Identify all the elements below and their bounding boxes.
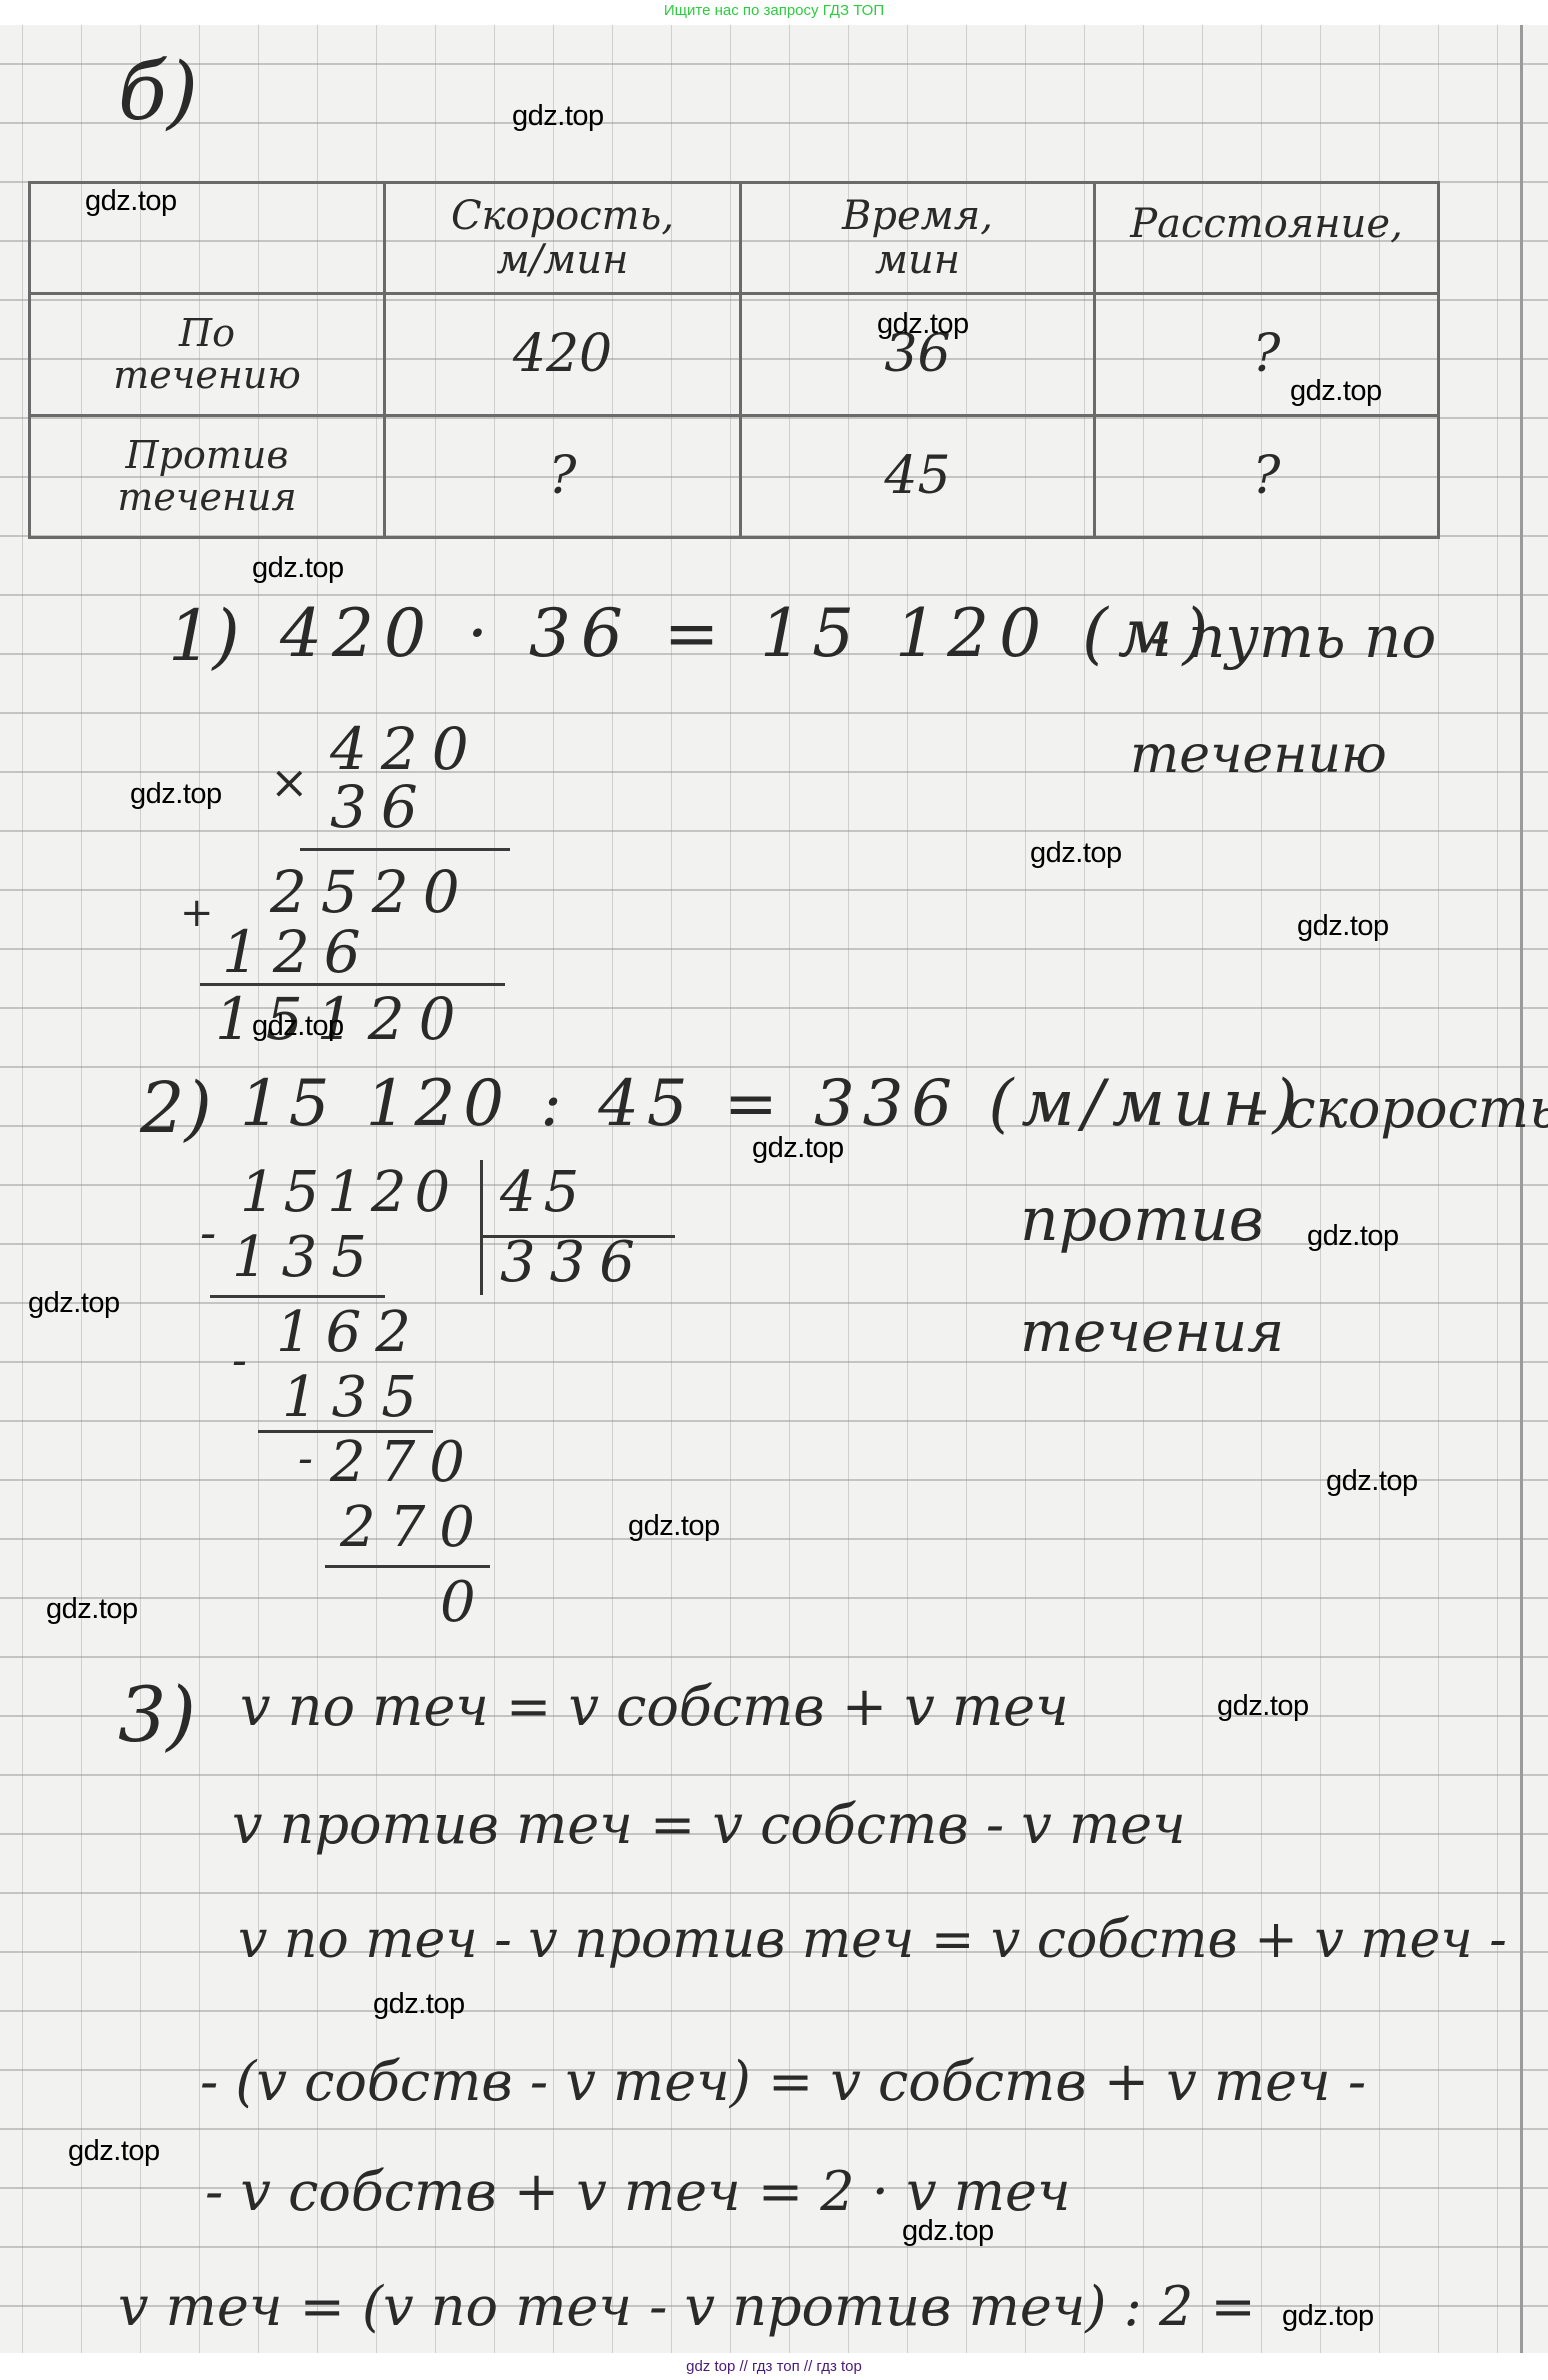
div-bracket-vertical xyxy=(480,1160,483,1295)
watermark: gdz.top xyxy=(1217,1690,1309,1723)
watermark: gdz.top xyxy=(1282,2300,1374,2333)
cell-downstream-speed: 420 xyxy=(386,295,739,414)
watermark: gdz.top xyxy=(130,778,222,811)
step3-formula-2: v против теч = v собств - v теч xyxy=(232,1793,1186,1856)
step2-expression: 15 120 : 45 = 336 (м/мин) xyxy=(240,1067,1305,1141)
row-label-downstream: По течению xyxy=(31,295,383,414)
step3-formula-4: - (v собств - v теч) = v собств + v теч … xyxy=(200,2050,1366,2113)
watermark: gdz.top xyxy=(902,2215,994,2248)
div-quotient: 336 xyxy=(500,1230,649,1295)
row-label-line1: Против xyxy=(126,435,289,477)
step1-expression: 420 · 36 = 15 120 (м) xyxy=(280,595,1218,672)
header-speed-line1: Скорость, xyxy=(451,194,674,238)
part-label: б) xyxy=(118,45,198,138)
div-rem-2: 270 xyxy=(330,1430,479,1495)
header-distance-line1: Расстояние, xyxy=(1130,202,1403,246)
step2-number: 2) xyxy=(140,1067,212,1149)
watermark: gdz.top xyxy=(1326,1465,1418,1498)
task-table: Скорость, м/мин Время, мин Расстояние, П… xyxy=(28,181,1440,539)
header-distance: Расстояние, xyxy=(1096,184,1437,264)
step3-formula-1: v по теч = v собств + v теч xyxy=(240,1675,1069,1738)
watermark: gdz.top xyxy=(1307,1220,1399,1253)
cell-upstream-distance: ? xyxy=(1096,417,1437,536)
div-sub-3: 270 xyxy=(340,1495,489,1560)
header-time-line2: мин xyxy=(875,238,960,282)
bottom-banner: gdz top // гдз топ // гдз top xyxy=(0,2353,1548,2380)
watermark: gdz.top xyxy=(373,1988,465,2021)
mult-partial-2: 126 xyxy=(222,918,375,986)
step3-formula-3: v по теч - v против теч = v собств + v т… xyxy=(238,1910,1507,1970)
step2-comment-line2: против xyxy=(1020,1185,1264,1255)
watermark: gdz.top xyxy=(628,1510,720,1543)
mult-partial-1: 2520 xyxy=(270,858,474,926)
watermark: gdz.top xyxy=(877,308,969,341)
mult-rule-1 xyxy=(300,848,510,851)
mult-plus: + xyxy=(180,890,214,936)
step1-number: 1) xyxy=(168,595,240,677)
watermark: gdz.top xyxy=(68,2135,160,2168)
row-label-line1: По xyxy=(179,313,235,355)
div-minus-3: - xyxy=(298,1433,313,1484)
step3-formula-5: - v собств + v теч = 2 · v теч xyxy=(205,2160,1071,2223)
mult-multiplier: 36 xyxy=(330,773,432,841)
top-banner: Ищите нас по запросу ГДЗ ТОП xyxy=(0,0,1548,25)
header-time: Время, мин xyxy=(742,184,1093,292)
step3-formula-6: v теч = (v по теч - v против теч) : 2 = xyxy=(118,2275,1256,2338)
div-divisor: 45 xyxy=(500,1160,587,1225)
step3-number: 3) xyxy=(118,1670,196,1759)
header-speed-line2: м/мин xyxy=(497,238,629,282)
watermark: gdz.top xyxy=(752,1132,844,1165)
row-label-line2: течению xyxy=(113,355,301,397)
step1-comment-line2: течению xyxy=(1130,725,1387,785)
watermark: gdz.top xyxy=(252,552,344,585)
div-sub-1: 135 xyxy=(232,1225,381,1290)
div-final-remainder: 0 xyxy=(440,1570,490,1635)
watermark: gdz.top xyxy=(512,100,604,133)
div-minus-1: - xyxy=(200,1205,216,1261)
step2-comment-line1: - скорость xyxy=(1250,1077,1548,1140)
header-time-line1: Время, xyxy=(842,194,993,238)
watermark: gdz.top xyxy=(252,1010,344,1043)
div-minus-2: - xyxy=(232,1335,247,1386)
watermark: gdz.top xyxy=(1297,910,1389,943)
cell-upstream-speed: ? xyxy=(386,417,739,536)
watermark: gdz.top xyxy=(1030,837,1122,870)
watermark: gdz.top xyxy=(1290,375,1382,408)
watermark: gdz.top xyxy=(85,185,177,218)
watermark: gdz.top xyxy=(46,1593,138,1626)
header-speed: Скорость, м/мин xyxy=(386,184,739,292)
div-rule-1 xyxy=(210,1295,385,1298)
div-rem-1: 162 xyxy=(276,1300,425,1365)
notebook-page: б) Скорость, м/мин Время, мин Расстояние… xyxy=(0,25,1548,2353)
div-sub-2: 135 xyxy=(282,1365,431,1430)
cell-upstream-time: 45 xyxy=(742,417,1093,536)
watermark: gdz.top xyxy=(28,1287,120,1320)
row-label-upstream: Против течения xyxy=(31,417,383,536)
step1-comment-line1: - путь по xyxy=(1150,603,1436,671)
mult-operator: × xyxy=(270,755,309,809)
cell-downstream-distance: ? xyxy=(1096,295,1437,414)
step2-comment-line3: течения xyxy=(1020,1300,1284,1365)
row-label-line2: течения xyxy=(117,477,296,519)
div-rule-3 xyxy=(325,1565,490,1568)
margin-line xyxy=(1520,25,1523,2353)
div-dividend: 15120 xyxy=(240,1160,458,1225)
